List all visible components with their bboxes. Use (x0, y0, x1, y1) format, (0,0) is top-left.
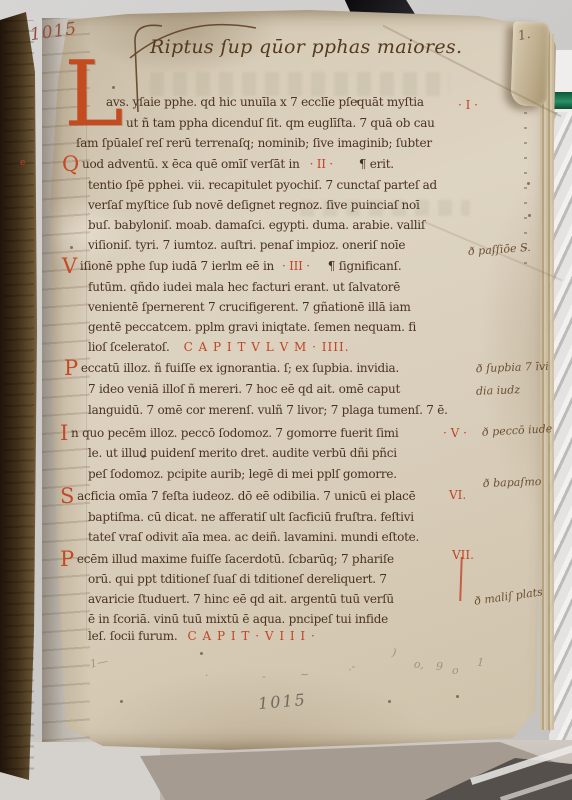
parchment-speck (70, 246, 73, 249)
body-text: 7 ideo veniā illoſ ñ mereri. 7 hoc eē qd… (88, 382, 400, 396)
parchment-speck (527, 182, 530, 185)
rubric-text: · III · (282, 259, 310, 273)
pencil-mark: 9 (436, 660, 444, 673)
body-text: venientē ſpernerent 7 crucifigerent. 7 g… (88, 300, 411, 314)
manuscript-text-line: Quod adventū. x ēca quē omīſ verſāt in· … (62, 156, 394, 173)
body-text: ut ñ tam ppha dicenduſ ſit. qm euglīſta.… (126, 116, 435, 130)
parchment-speck (120, 700, 123, 703)
pencil-mark: . (205, 666, 209, 679)
rubric-text: · II · (310, 157, 333, 171)
body-text: iſionē pphe ſup iudā 7 ierlm eē in (80, 259, 274, 273)
page-title: Riptus ſup qūor pphas maiores. (150, 36, 462, 58)
manuscript-text-line: Sacficia omīa 7 feſta iudeoz. dō eē odib… (60, 488, 415, 505)
manuscript-text-line: avaricie ſtuduert. 7 hinc eē qd ait. arg… (88, 592, 394, 606)
manuscript-text-line: buſ. babyloniſ. moab. damaſci. egypti. d… (88, 218, 425, 232)
body-text: acficia omīa 7 feſta iudeoz. dō eē odibi… (77, 489, 415, 503)
red-margin-numeral: · I · (458, 98, 478, 112)
pencil-mark: .- (348, 660, 356, 673)
body-text: viſioniſ. tyri. 7 iumtoz. auſtri. penaſ … (88, 238, 405, 252)
body-text: ecēm illud maxime fuiſſe ſacerdotū. ſcba… (77, 552, 394, 566)
manuscript-text-line: tentio ſpē pphei. vii. recapitulet pyoch… (88, 178, 437, 192)
red-initial: P (64, 356, 78, 380)
margin-note: ð ſupbia 7 īvi (476, 360, 549, 376)
body-text: verſaſ myſtice ſub novē deſignet regnoz.… (88, 198, 420, 212)
body-text: lioſ ſceleratoſ. (88, 340, 170, 354)
body-text: gentē peccatcem. pplm gravi iniqtate. ſe… (88, 320, 416, 334)
manuscript-text-line: Viſionē pphe ſup iudā 7 ierlm eē in· III… (62, 258, 401, 275)
body-text: uod adventū. x ēca quē omīſ verſāt in (82, 157, 300, 171)
manuscript-text-line: ē in ſcoriā. vinū tuū mixtū ē aqua. pnci… (88, 612, 388, 626)
red-margin-numeral: · V · (443, 426, 467, 440)
manuscript-text-line: baptiſma. cū dicat. ne afferatiſ ult ſac… (88, 510, 414, 524)
body-text: orū. qui ppt tditioneſ ſuaſ di tditioneſ… (88, 572, 387, 586)
body-text: tentio ſpē pphei. vii. recapitulet pyoch… (88, 178, 437, 192)
body-text: avs. yſaie pphe. qd hic unuīla x 7 ecclī… (106, 95, 424, 109)
red-initial: P (60, 547, 74, 571)
margin-note: ð bapaſmo (483, 475, 542, 490)
parchment-speck (356, 100, 359, 103)
margin-note: dia iudz (476, 383, 520, 398)
manuscript-text-line: verſaſ myſtice ſub novē deſignet regnoz.… (88, 198, 420, 212)
red-margin-numeral: VII. (452, 548, 474, 562)
pencil-mark: o (452, 664, 459, 677)
parchment-speck (456, 695, 459, 698)
manuscript-text-line: Pecēm illud maxime fuiſſe ſacerdotū. ſcb… (60, 551, 394, 568)
parchment-speck (112, 86, 115, 89)
red-margin-numeral: VI. (449, 488, 466, 502)
body-text: n quo pecēm illoz. peccō ſodomoz. 7 gomo… (71, 426, 398, 440)
body-text: peſ ſodomoz. pcipite aurib; legē di mei … (88, 467, 397, 481)
pencil-mark: ~ (299, 668, 310, 682)
body-text: le. ut illud puidenſ merito dret. audite… (88, 446, 397, 460)
manuscript-text-line: futūm. qñdo iudei mala hec facturi erant… (88, 280, 400, 294)
body-text: eccatū illoz. ñ fuiſſe ex ignorantia. ſ;… (81, 361, 399, 375)
red-initial: Q (62, 152, 79, 176)
manuscript-text-line: venientē ſpernerent 7 crucifigerent. 7 g… (88, 300, 411, 314)
red-margin-numeral: e (20, 158, 25, 168)
binding-texture (4, 20, 34, 770)
body-text: ſam ſpūaleſ reſ rerū terrenaſq; nominib;… (76, 136, 432, 150)
pencil-mark: - (262, 670, 266, 683)
manuscript-text-line: orū. qui ppt tditioneſ ſuaſ di tditioneſ… (88, 572, 387, 586)
body-text: avaricie ſtuduert. 7 hinc eē qd ait. arg… (88, 592, 394, 606)
manuscript-photo: 1015 Riptus ſup qūor pphas maiores. 1. L… (0, 0, 572, 800)
manuscript-text-line: In quo pecēm illoz. peccō ſodomoz. 7 gom… (60, 425, 399, 442)
manuscript-text-line: languidū. 7 omē cor merenſ. vulñ 7 livor… (88, 403, 448, 417)
rubric-text: C A P I T · V I I I · (187, 629, 315, 643)
manuscript-text-line: gentē peccatcem. pplm gravi iniqtate. ſe… (88, 320, 416, 334)
manuscript-text-line: ſam ſpūaleſ reſ rerū terrenaſq; nominib;… (76, 136, 432, 150)
body-text: baptiſma. cū dicat. ne afferatiſ ult ſac… (88, 510, 414, 524)
body-text: leſ. ſocii furum. (88, 629, 177, 643)
manuscript-text-line: leſ. ſocii furum.C A P I T · V I I I · (88, 629, 316, 643)
body-text: futūm. qñdo iudei mala hec facturi erant… (88, 280, 400, 294)
parchment-speck (388, 700, 391, 703)
pencil-mark: o, (413, 658, 424, 672)
manuscript-text-line: 7 ideo veniā illoſ ñ mereri. 7 hoc eē qd… (88, 382, 400, 396)
red-initial: I (60, 421, 68, 445)
manuscript-text-line: Peccatū illoz. ñ fuiſſe ex ignorantia. ſ… (64, 360, 399, 377)
red-initial: S (60, 484, 74, 508)
body-text: ¶ erit. (359, 157, 394, 171)
page-fore-edge (540, 34, 554, 730)
manuscript-text-line: tateſ vraſ odivit aīa mea. ac deiñ. lava… (88, 530, 419, 544)
manuscript-text-line: lioſ ſceleratoſ.C A P I T V L V M · IIII… (88, 340, 350, 354)
parchment-speck (200, 652, 203, 655)
body-text: languidū. 7 omē cor merenſ. vulñ 7 livor… (88, 403, 448, 417)
body-text: buſ. babyloniſ. moab. damaſci. egypti. d… (88, 218, 425, 232)
manuscript-text-line: ut ñ tam ppha dicenduſ ſit. qm euglīſta.… (126, 116, 435, 130)
parchment-speck (142, 455, 145, 458)
manuscript-text-line: le. ut illud puidenſ merito dret. audite… (88, 446, 397, 460)
red-initial: V (62, 254, 77, 278)
body-text: tateſ vraſ odivit aīa mea. ac deiñ. lava… (88, 530, 419, 544)
manuscript-text-line: viſioniſ. tyri. 7 iumtoz. auſtri. penaſ … (88, 238, 405, 252)
body-text: ¶ ſignificanſ. (328, 259, 402, 273)
pencil-mark: 1 (477, 656, 485, 669)
parchment-speck (528, 214, 531, 217)
manuscript-text-line: avs. yſaie pphe. qd hic unuīla x 7 ecclī… (106, 95, 424, 109)
manuscript-text-line: peſ ſodomoz. pcipite aurib; legē di mei … (88, 467, 397, 481)
body-text: ē in ſcoriā. vinū tuū mixtū ē aqua. pnci… (88, 612, 388, 626)
rubric-text: C A P I T V L V M · IIII. (184, 340, 350, 354)
